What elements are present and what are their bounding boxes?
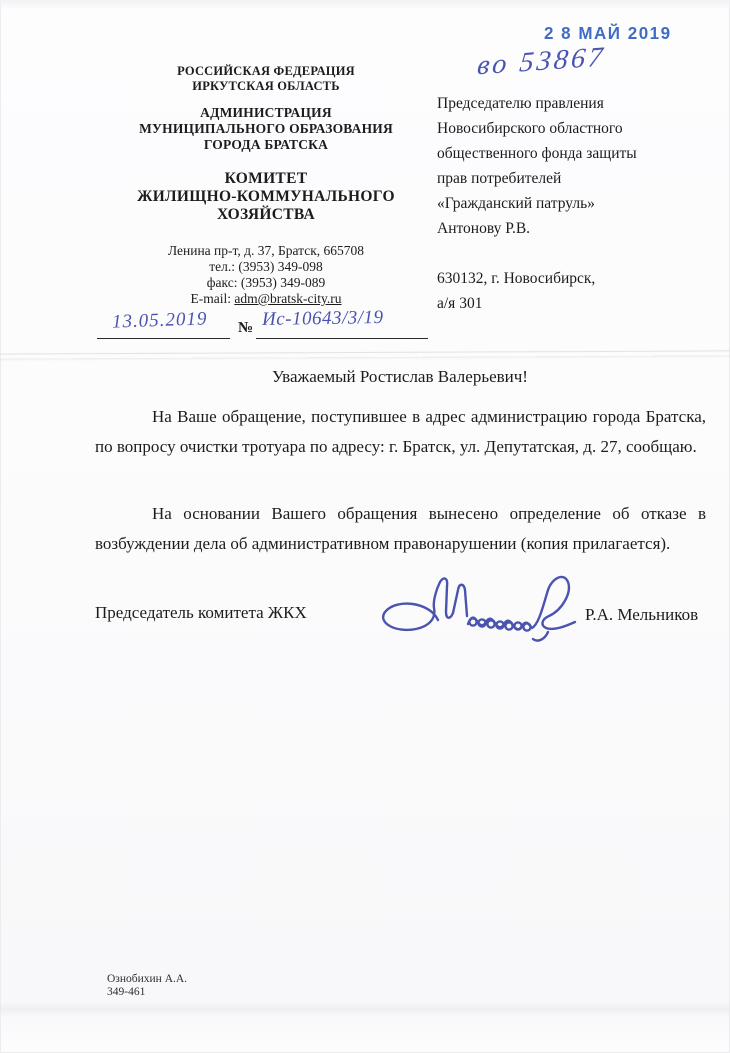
letterhead-org-line3: ГОРОДА БРАТСКА xyxy=(88,137,444,153)
letter-date-handwritten: 13.05.2019 xyxy=(112,308,208,333)
recipient-address-line2: а/я 301 xyxy=(437,291,687,316)
letterhead-fax: факс: (3953) 349-089 xyxy=(88,275,444,291)
letterhead-phone: тел.: (3953) 349-098 xyxy=(88,259,444,275)
letterhead-dept-line2: ЖИЛИЩНО-КОММУНАЛЬНОГО xyxy=(88,188,444,206)
letterhead-region: ИРКУТСКАЯ ОБЛАСТЬ xyxy=(88,79,444,94)
letterhead-org-line1: АДМИНИСТРАЦИЯ xyxy=(88,105,444,121)
letterhead: РОССИЙСКАЯ ФЕДЕРАЦИЯ ИРКУТСКАЯ ОБЛАСТЬ А… xyxy=(88,64,444,307)
signer-position-title: Председатель комитета ЖКХ xyxy=(95,603,307,623)
letterhead-dept-line1: КОМИТЕТ xyxy=(88,170,444,188)
letterhead-country: РОССИЙСКАЯ ФЕДЕРАЦИЯ xyxy=(88,64,444,79)
scanned-letter-page: 2 8 МАЙ 2019 во 53867 РОССИЙСКАЯ ФЕДЕРАЦ… xyxy=(0,0,730,1053)
fold-crease xyxy=(0,350,730,358)
executor-footer: Ознобихин А.А. 349-461 xyxy=(107,973,187,999)
letterhead-dept-line3: ХОЗЯЙСТВА xyxy=(88,206,444,224)
body-paragraph-2: На основании Вашего обращения вынесено о… xyxy=(95,499,706,558)
number-sign: № xyxy=(238,320,253,337)
letterhead-email-line: E-mail: adm@bratsk-city.ru xyxy=(88,291,444,307)
body-paragraph-1: На Ваше обращение, поступившее в адрес а… xyxy=(95,402,706,461)
recipient-address-line1: 630132, г. Новосибирск, xyxy=(437,266,687,291)
letter-number-handwritten: Ис-10643/3/19 xyxy=(262,307,384,331)
recipient-line: прав потребителей xyxy=(437,166,687,191)
date-underline xyxy=(97,338,230,339)
number-underline xyxy=(256,338,428,339)
recipient-line: «Гражданский патруль» xyxy=(437,191,687,216)
email-address: adm@bratsk-city.ru xyxy=(234,291,341,306)
recipient-line: Антонову Р.В. xyxy=(437,216,687,241)
paper-bottom-edge xyxy=(0,1002,730,1016)
signer-name: Р.А. Мельников xyxy=(585,605,698,625)
executor-name: Ознобихин А.А. xyxy=(107,973,187,986)
recipient-line: Председателю правления xyxy=(437,91,687,116)
paper-top-edge xyxy=(0,0,730,10)
letterhead-org-line2: МУНИЦИПАЛЬНОГО ОБРАЗОВАНИЯ xyxy=(88,121,444,137)
date-stamp: 2 8 МАЙ 2019 xyxy=(544,24,672,45)
incoming-number-handwritten: во 53867 xyxy=(476,42,607,83)
email-label: E-mail: xyxy=(190,291,234,306)
salutation: Уважаемый Ростислав Валерьевич! xyxy=(95,367,705,387)
handwritten-signature-icon xyxy=(376,568,586,661)
executor-phone: 349-461 xyxy=(107,986,187,999)
recipient-line: Новосибирского областного xyxy=(437,116,687,141)
recipient-line: общественного фонда защиты xyxy=(437,141,687,166)
recipient-block: Председателю правления Новосибирского об… xyxy=(437,91,687,316)
letterhead-address: Ленина пр-т, д. 37, Братск, 665708 xyxy=(88,243,444,259)
